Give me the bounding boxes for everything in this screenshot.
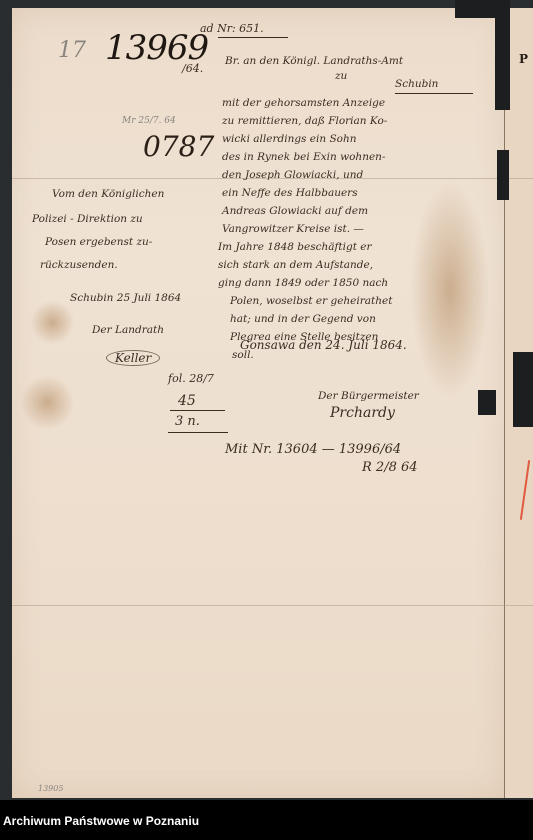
tear (478, 390, 496, 415)
received-stamp: Mr 25/7. 64 (122, 116, 176, 126)
text-line: Andreas Glowiacki auf dem (222, 205, 368, 217)
next-page-header: P (519, 52, 528, 66)
text-line: wicki allerdings ein Sohn (222, 133, 357, 145)
text-line: Vangrowitzer Kreise ist. — (222, 223, 364, 235)
fol-annotation: fol. 28/7 (168, 372, 214, 385)
text-line: hat; und in der Gegend von (230, 313, 376, 325)
document-scan: 17 13969 /64. ad Nr: 651. Mr 25/7. 64 07… (0, 0, 533, 800)
text-line: ging dann 1849 oder 1850 nach (218, 277, 388, 289)
text-line: den Joseph Glowiacki, und (222, 169, 363, 181)
underline (218, 37, 288, 38)
ad-number: ad Nr: 651. (200, 22, 264, 35)
stain (20, 375, 75, 430)
text-line: des in Rynek bei Exin wohnen- (222, 151, 385, 163)
bottom-number: 13905 (38, 784, 63, 793)
left-text-line: rückzusenden. (40, 259, 118, 271)
cross-reference-note: Mit Nr. 13604 — 13996/64 (225, 442, 401, 457)
journal-suffix: /64. (182, 62, 203, 75)
text-line: zu (335, 70, 347, 82)
left-text-line: Polizei - Direktion zu (32, 213, 143, 225)
text-line: ein Neffe des Halbbauers (222, 187, 358, 199)
signature: Prchardy (330, 405, 395, 421)
left-text-line: Der Landrath (92, 324, 164, 336)
text-line: sich stark an dem Aufstande, (218, 259, 373, 271)
text-line: Schubin (395, 78, 438, 90)
stain (410, 180, 490, 400)
archive-name: Archiwum Państwowe w Poznaniu (3, 814, 199, 828)
tear (497, 150, 509, 200)
date-line: Gonsawa den 24. Juli 1864. (240, 338, 407, 352)
stain (30, 300, 75, 345)
entry-number: 0787 (143, 130, 214, 163)
underline (395, 93, 473, 94)
left-text-line: Vom den Königlichen (52, 188, 164, 200)
text-line: Br. an den Königl. Landraths-Amt (225, 55, 403, 67)
text-line: zu remittieren, daß Florian Ko- (222, 115, 387, 127)
fraction-top: 45 (178, 393, 196, 409)
left-text-line: Schubin 25 Juli 1864 (70, 292, 181, 304)
fold-line (12, 605, 533, 606)
fraction-bottom: 3 n. (175, 414, 200, 429)
fraction-bar (170, 410, 225, 411)
tear (513, 352, 533, 427)
text-line: Im Jahre 1848 beschäftigt er (218, 241, 372, 253)
tear (495, 0, 510, 110)
left-text-line: Posen ergebenst zu- (45, 236, 152, 248)
text-line: Polen, woselbst er geheirathet (230, 295, 392, 307)
pencil-number: 17 (58, 38, 86, 63)
initials-date: R 2/8 64 (362, 460, 418, 475)
tear (455, 0, 495, 18)
caption-bar: Archiwum Państwowe w Poznaniu (0, 800, 533, 840)
signature-title: Der Bürgermeister (318, 390, 419, 402)
text-line: mit der gehorsamsten Anzeige (222, 97, 385, 109)
landrath-signature: Keller (106, 350, 160, 366)
underline (168, 432, 228, 433)
